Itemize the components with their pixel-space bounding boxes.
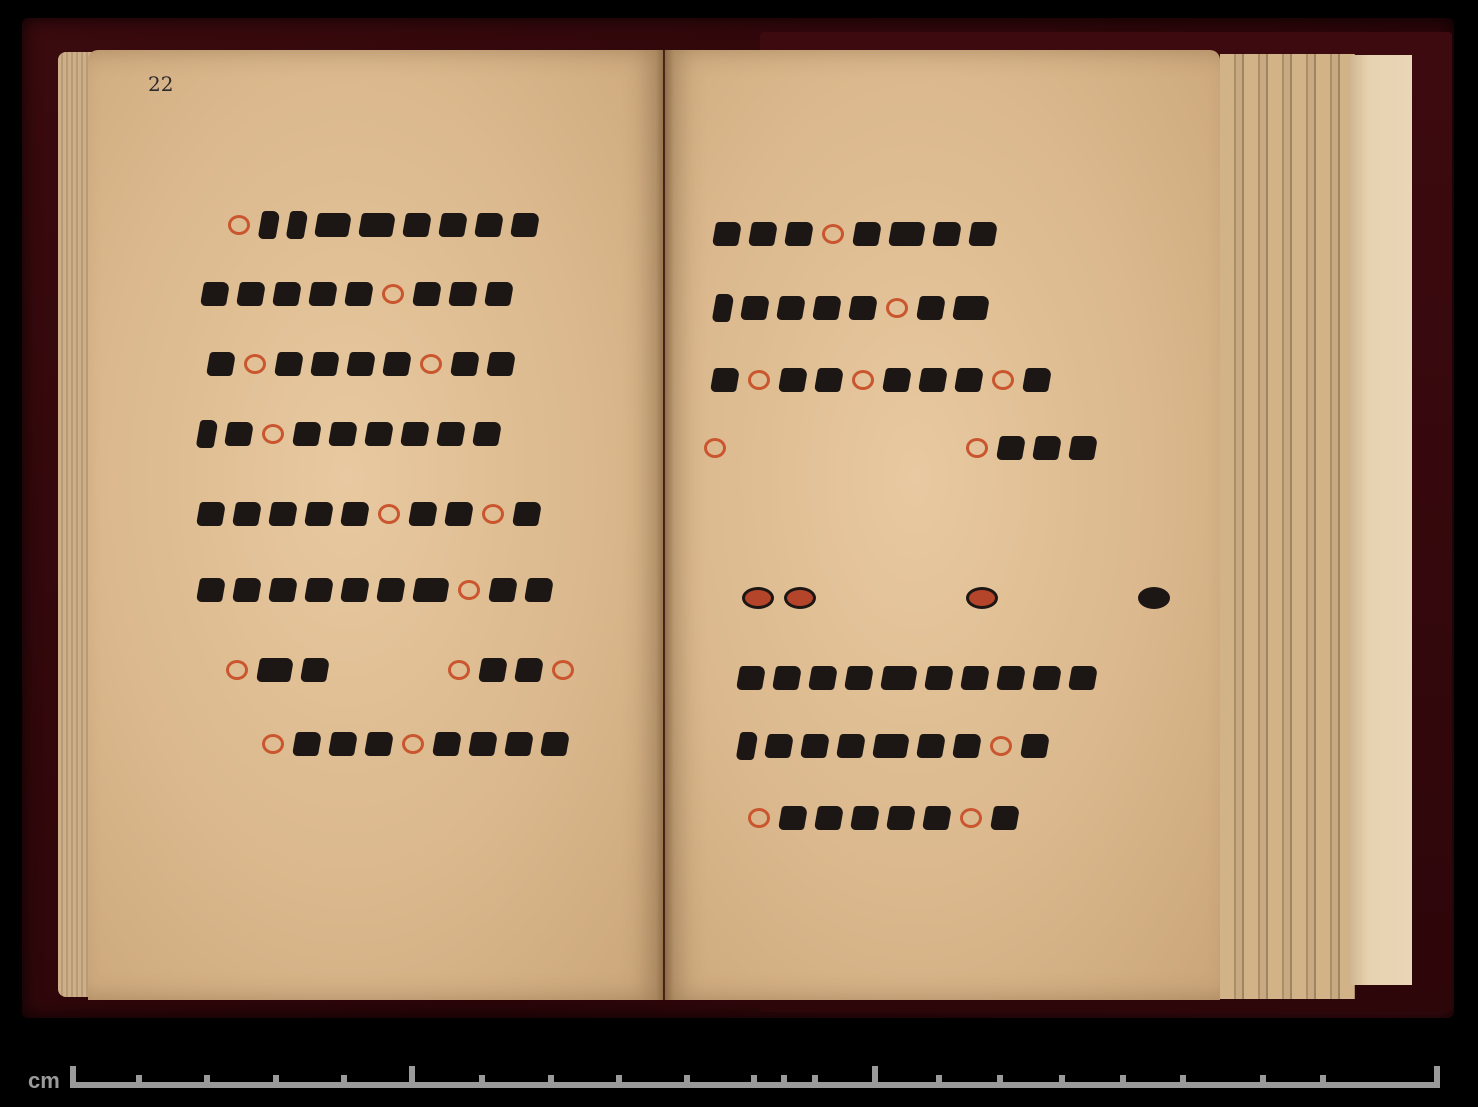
left-line-3 — [208, 344, 514, 384]
left-line-8 — [262, 724, 568, 764]
scale-tick — [1120, 1075, 1126, 1088]
rubric-dot — [704, 438, 726, 458]
scale-tick — [273, 1075, 279, 1088]
left-line-7 — [226, 650, 574, 690]
scale-tick-major — [872, 1066, 878, 1088]
endpaper — [1350, 55, 1412, 985]
scale-tick-major — [409, 1066, 415, 1088]
scale-tick — [812, 1075, 818, 1088]
scale-unit-label: cm — [28, 1068, 60, 1094]
scale-bar — [70, 1066, 1440, 1088]
right-line-7 — [738, 726, 1048, 766]
rubric-dot — [382, 284, 404, 304]
left-line-4 — [198, 414, 500, 454]
rubric-dot — [886, 298, 908, 318]
right-line-3 — [712, 360, 1050, 400]
right-line-4 — [704, 428, 1096, 468]
book-gutter — [656, 50, 674, 1000]
scale-tick — [616, 1075, 622, 1088]
rubric-dot — [482, 504, 504, 524]
scale-tick — [479, 1075, 485, 1088]
rubric-dot — [262, 734, 284, 754]
folio-number: 22 — [148, 72, 173, 96]
filled-dot — [966, 587, 998, 609]
right-line-2 — [714, 288, 988, 328]
left-line-1 — [228, 205, 538, 245]
scale-tick — [136, 1075, 142, 1088]
right-line-5-filled-dots — [742, 578, 1170, 618]
rubric-dot — [378, 504, 400, 524]
right-line-8 — [748, 798, 1018, 838]
scale-tick — [1180, 1075, 1186, 1088]
scale-tick-major — [1434, 1066, 1440, 1088]
scale-tick — [936, 1075, 942, 1088]
scale-tick — [997, 1075, 1003, 1088]
scale-tick — [781, 1075, 787, 1088]
scale-tick — [204, 1075, 210, 1088]
rubric-dot — [228, 215, 250, 235]
rubric-dot — [990, 736, 1012, 756]
scale-tick — [341, 1075, 347, 1088]
left-line-5 — [198, 494, 540, 534]
rubric-dot — [552, 660, 574, 680]
right-page — [665, 50, 1220, 1000]
right-line-6 — [738, 658, 1096, 698]
rubric-dot — [748, 808, 770, 828]
scale-tick — [751, 1075, 757, 1088]
rubric-dot — [402, 734, 424, 754]
left-page-stack-edge — [58, 52, 92, 997]
rubric-dot — [852, 370, 874, 390]
rubric-dot — [458, 580, 480, 600]
right-page-stack-edge — [1220, 54, 1355, 999]
scale-tick — [1059, 1075, 1065, 1088]
rubric-dot — [244, 354, 266, 374]
scale-tick — [548, 1075, 554, 1088]
scale-tick — [1260, 1075, 1266, 1088]
scale-tick — [1320, 1075, 1326, 1088]
rubric-dot — [748, 370, 770, 390]
rubric-dot — [448, 660, 470, 680]
rubric-dot — [262, 424, 284, 444]
filled-dot — [742, 587, 774, 609]
filled-dot — [784, 587, 816, 609]
rubric-dot — [966, 438, 988, 458]
filled-dot — [1138, 587, 1170, 609]
scale-tick-major — [70, 1066, 76, 1088]
scale-tick — [684, 1075, 690, 1088]
rubric-dot — [420, 354, 442, 374]
left-line-6 — [198, 570, 552, 610]
left-line-2 — [202, 274, 512, 314]
rubric-dot — [822, 224, 844, 244]
rubric-dot — [992, 370, 1014, 390]
right-line-1 — [714, 214, 996, 254]
rubric-dot — [226, 660, 248, 680]
rubric-dot — [960, 808, 982, 828]
